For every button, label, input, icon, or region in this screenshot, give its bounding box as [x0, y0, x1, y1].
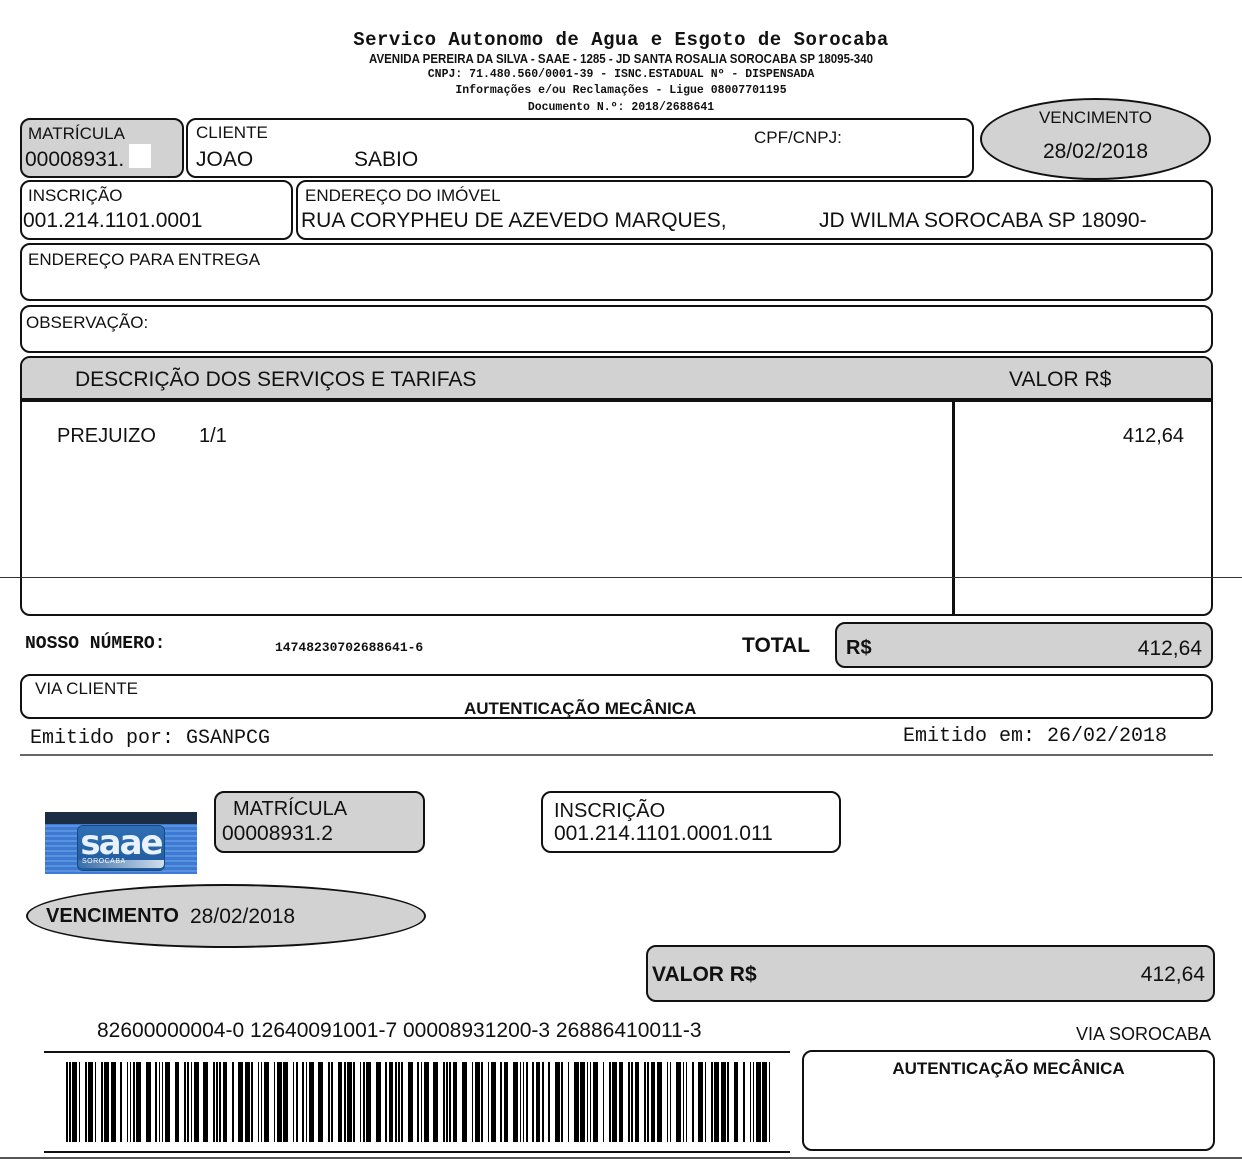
- valor-header: VALOR R$: [1009, 368, 1111, 392]
- company-address: AVENIDA PEREIRA DA SILVA - SAAE - 1285 -…: [50, 52, 1193, 66]
- header-divider: [22, 398, 1211, 402]
- emitido-por: Emitido por: GSANPCG: [30, 727, 270, 750]
- observacao-box: OBSERVAÇÃO:: [20, 305, 1213, 353]
- cliente-label: CLIENTE: [196, 123, 268, 143]
- redaction-block: [129, 144, 151, 168]
- column-divider: [952, 402, 955, 616]
- via-sorocaba-label: VIA SOROCABA: [1076, 1024, 1211, 1045]
- inscricao-value: 001.214.1101.0001: [23, 209, 202, 233]
- desc-header: DESCRIÇÃO DOS SERVIÇOS E TARIFAS: [75, 368, 476, 392]
- stub-inscricao-label: INSCRIÇÃO: [554, 800, 665, 823]
- total-label: TOTAL: [742, 634, 810, 658]
- stub-valor-label: VALOR R$: [652, 963, 757, 987]
- stub-autenticacao-box: AUTENTICAÇÃO MECÂNICA: [802, 1050, 1215, 1151]
- endereco-label: ENDEREÇO DO IMÓVEL: [305, 186, 501, 206]
- service-value: 412,64: [1123, 425, 1184, 448]
- logo-subtitle: SOROCABA: [82, 858, 126, 865]
- inscricao-label: INSCRIÇÃO: [28, 186, 122, 206]
- entrega-label: ENDEREÇO PARA ENTREGA: [28, 250, 260, 270]
- total-box: R$ 412,64: [835, 622, 1213, 668]
- vencimento-label: VENCIMENTO: [982, 108, 1209, 128]
- stub-matricula-value: 00008931.2: [222, 822, 333, 846]
- stub-matricula-label: MATRÍCULA: [233, 798, 347, 821]
- barcode-bottom-rule: [44, 1151, 790, 1153]
- via-cliente-box: VIA CLIENTE AUTENTICAÇÃO MECÂNICA: [20, 674, 1213, 719]
- service-installment: 1/1: [199, 425, 227, 448]
- vencimento-value: 28/02/2018: [982, 140, 1209, 164]
- cliente-box: CLIENTE JOAO SABIO CPF/CNPJ:: [186, 118, 974, 178]
- barcode: [66, 1062, 772, 1142]
- fold-line: [0, 577, 1242, 578]
- vencimento-ellipse: VENCIMENTO 28/02/2018: [980, 98, 1211, 180]
- endereco-street: RUA CORYPHEU DE AZEVEDO MARQUES,: [301, 209, 727, 233]
- stub-inscricao-box: INSCRIÇÃO 001.214.1101.0001.011: [541, 791, 841, 853]
- info-line: Informações e/ou Reclamações - Ligue 080…: [0, 84, 1242, 97]
- matricula-label: MATRÍCULA: [28, 124, 125, 144]
- emitido-em: Emitido em: 26/02/2018: [903, 725, 1167, 748]
- stub-vencimento-value: 28/02/2018: [190, 905, 295, 929]
- cnpj-line: CNPJ: 71.480.560/0001-39 - ISNC.ESTADUAL…: [0, 68, 1242, 81]
- endereco-imovel-box: ENDEREÇO DO IMÓVEL RUA CORYPHEU DE AZEVE…: [296, 180, 1213, 240]
- cpf-label: CPF/CNPJ:: [754, 128, 842, 148]
- barcode-top-rule: [44, 1051, 790, 1053]
- linha-digitavel: 82600000004-0 12640091001-7 00008931200-…: [97, 1019, 702, 1043]
- bottom-rule: [0, 1157, 1242, 1159]
- endereco-entrega-box: ENDEREÇO PARA ENTREGA: [20, 243, 1213, 301]
- via-cliente-label: VIA CLIENTE: [35, 679, 138, 699]
- cut-line: [20, 754, 1213, 756]
- cliente-last-name: SABIO: [354, 148, 418, 172]
- stub-vencimento-label: VENCIMENTO: [46, 905, 179, 928]
- stub-matricula-box: MATRÍCULA 00008931.2: [214, 791, 425, 853]
- logo-badge: saae SOROCABA: [78, 826, 164, 870]
- saae-logo: saae SOROCABA: [45, 812, 197, 874]
- services-header: DESCRIÇÃO DOS SERVIÇOS E TARIFAS VALOR R…: [22, 358, 1211, 398]
- total-value: 412,64: [1138, 637, 1202, 661]
- nosso-numero-value: 14748230702688641-6: [275, 640, 423, 655]
- stub-valor-value: 412,64: [1141, 963, 1205, 987]
- nosso-numero-label: NOSSO NÚMERO:: [25, 634, 165, 654]
- logo-word: saae: [78, 823, 164, 863]
- inscricao-box: INSCRIÇÃO 001.214.1101.0001: [20, 180, 293, 240]
- stub-autenticacao-label: AUTENTICAÇÃO MECÂNICA: [804, 1059, 1213, 1079]
- endereco-city: JD WILMA SOROCABA SP 18090-: [819, 209, 1147, 233]
- company-name: Servico Autonomo de Agua e Esgoto de Sor…: [0, 29, 1242, 51]
- via-cliente-autenticacao: AUTENTICAÇÃO MECÂNICA: [464, 699, 696, 719]
- matricula-value: 00008931.: [25, 148, 124, 172]
- observacao-label: OBSERVAÇÃO:: [26, 313, 148, 333]
- total-currency: R$: [846, 637, 872, 660]
- matricula-box: MATRÍCULA 00008931.: [20, 118, 184, 178]
- stub-vencimento-ellipse: VENCIMENTO 28/02/2018: [26, 884, 426, 948]
- service-description: PREJUIZO: [57, 425, 156, 448]
- cliente-first-name: JOAO: [196, 148, 253, 172]
- stub-inscricao-value: 001.214.1101.0001.011: [554, 822, 773, 846]
- stub-valor-box: VALOR R$ 412,64: [646, 945, 1215, 1002]
